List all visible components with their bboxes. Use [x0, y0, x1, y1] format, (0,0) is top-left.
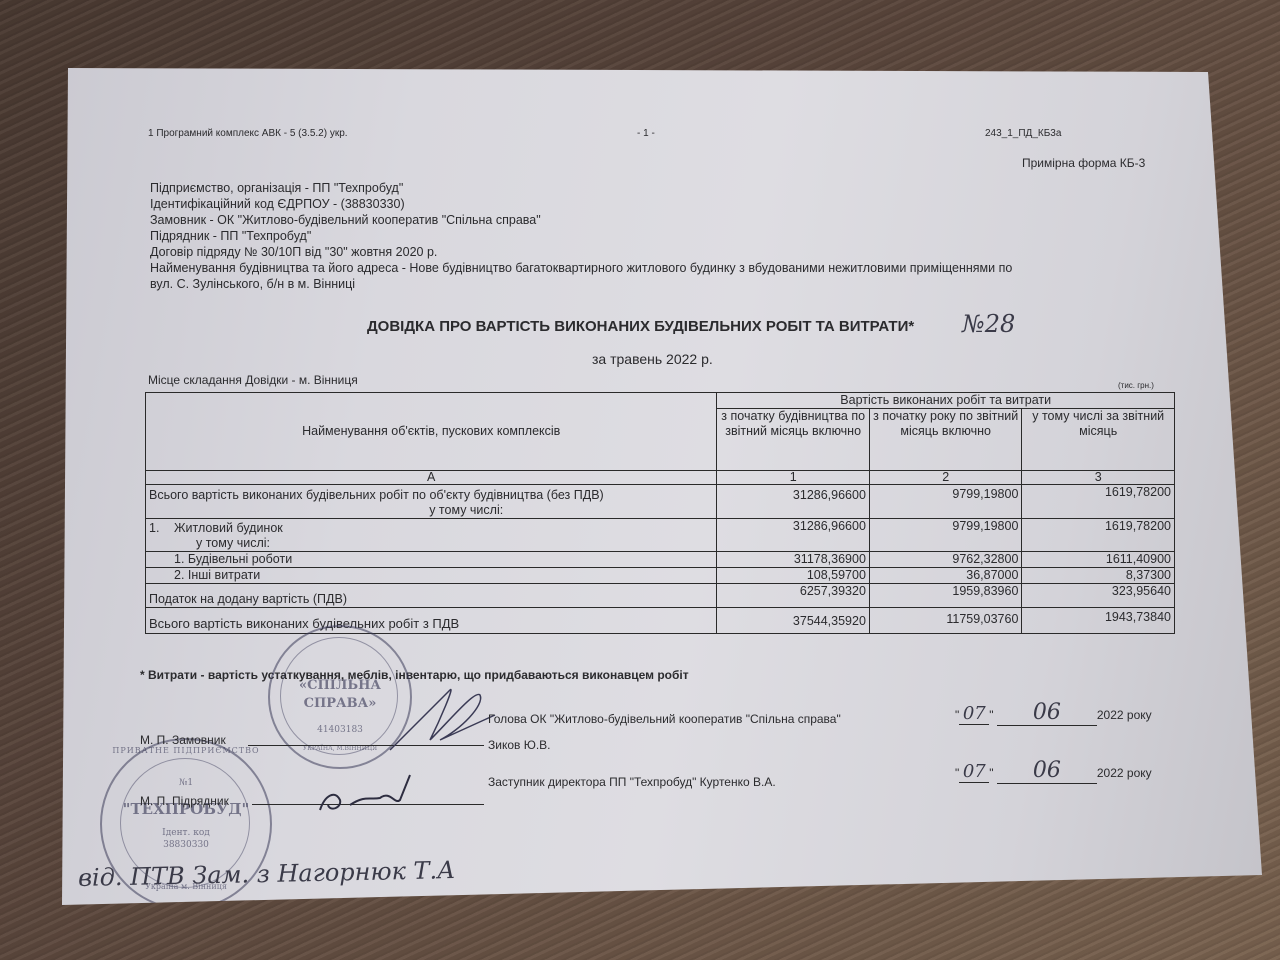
cost-table: Найменування об'єктів, пускових комплекс… — [145, 392, 1175, 634]
value-col2: 11759,03760 — [869, 608, 1022, 634]
value-col3: 8,37300 — [1022, 568, 1175, 584]
row-label: Податок на додану вартість (ПДВ) — [146, 584, 717, 608]
construction-line-1: Найменування будівництва та його адреса … — [150, 261, 1012, 276]
contractor-stamp-number: №1 — [102, 778, 270, 788]
customer-date: "07" 062022 року — [955, 700, 1152, 726]
value-col1: 31286,96600 — [717, 519, 870, 552]
value-col1: 108,59700 — [717, 568, 870, 584]
edrpou-line: Ідентифікаційний код ЄДРПОУ - (38830330) — [150, 197, 405, 212]
units-label: (тис. грн.) — [1118, 381, 1154, 390]
contract-line: Договір підряду № 30/10П від "30" жовтня… — [150, 245, 437, 260]
handwritten-number: №28 — [962, 310, 1015, 338]
table-row: 1.Житловий будинок у тому числі: 31286,9… — [146, 519, 1175, 552]
report-period: за травень 2022 р. — [592, 351, 713, 367]
table-row: Всього вартість виконаних будівельних ро… — [146, 608, 1175, 634]
value-col2: 9762,32800 — [869, 552, 1022, 568]
column-header-1: з початку будівництва по звітний місяць … — [717, 409, 870, 471]
contractor-signature — [310, 770, 420, 830]
index-cell-2: 2 — [869, 471, 1022, 485]
value-col2: 1959,83960 — [869, 584, 1022, 608]
row-label: 2. Інші витрати — [146, 568, 717, 584]
contractor-date-year: 2022 року — [1097, 766, 1152, 780]
row-sublabel: у тому числі: — [149, 503, 713, 518]
table-row: Податок на додану вартість (ПДВ) 6257,39… — [146, 584, 1175, 608]
value-col3: 1619,78200 — [1022, 485, 1175, 519]
row-sublabel: у тому числі: — [149, 536, 713, 551]
compilation-place: Місце складання Довідки - м. Вінниця — [148, 373, 358, 387]
row-label: Всього вартість виконаних будівельних ро… — [146, 608, 717, 634]
column-header-2: з початку року по звітний місяць включно — [869, 409, 1022, 471]
customer-title: Голова ОК "Житлово-будівельний кооперати… — [488, 712, 841, 726]
table-row: 1. Будівельні роботи 31178,36900 9762,32… — [146, 552, 1175, 568]
customer-signature — [380, 680, 500, 760]
software-label: 1 Програмний комплекс АВК - 5 (3.5.2) ук… — [148, 128, 348, 139]
document-code: 243_1_ПД_КБ3а — [985, 128, 1061, 139]
index-cell-a: А — [146, 471, 717, 485]
customer-date-month: 06 — [997, 700, 1097, 726]
value-col1: 6257,39320 — [717, 584, 870, 608]
value-col3: 323,95640 — [1022, 584, 1175, 608]
column-header-name: Найменування об'єктів, пускових комплекс… — [146, 393, 717, 471]
value-col3: 1943,73840 — [1022, 608, 1175, 634]
row-number: 1. — [149, 521, 174, 536]
column-group-header: Вартість виконаних робіт та витрати — [717, 393, 1175, 409]
row-label: 1. Будівельні роботи — [146, 552, 717, 568]
contractor-stamp-code-label: Ідент. код — [102, 828, 270, 838]
index-cell-3: 3 — [1022, 471, 1175, 485]
enterprise-line: Підприємство, організація - ПП "Техпробу… — [150, 181, 403, 196]
value-col3: 1619,78200 — [1022, 519, 1175, 552]
customer-date-day: 07 — [959, 703, 989, 725]
value-col3: 1611,40900 — [1022, 552, 1175, 568]
value-col1: 31178,36900 — [717, 552, 870, 568]
contractor-seal-label: М. П. Підрядник — [140, 794, 229, 808]
contractor-stamp-code: 38830330 — [102, 840, 270, 850]
row-label: Всього вартість виконаних будівельних ро… — [149, 488, 713, 503]
column-header-3: у тому числі за звітний місяць — [1022, 409, 1175, 471]
customer-seal-label: М. П. Замовник — [140, 733, 226, 747]
value-col1: 31286,96600 — [717, 485, 870, 519]
page-number: - 1 - — [637, 128, 655, 139]
contractor-date-day: 07 — [959, 761, 989, 783]
value-col1: 37544,35920 — [717, 608, 870, 634]
contractor-stamp-ring-top: ПРИВАТНЕ ПІДПРИЄМСТВО — [102, 746, 270, 755]
customer-line: Замовник - ОК "Житлово-будівельний коопе… — [150, 213, 541, 228]
value-col2: 9799,19800 — [869, 485, 1022, 519]
contractor-date-month: 06 — [997, 758, 1097, 784]
customer-name: Зиков Ю.В. — [488, 738, 551, 752]
contractor-date: "07" 062022 року — [955, 758, 1152, 784]
index-cell-1: 1 — [717, 471, 870, 485]
document-sheet: 1 Програмний комплекс АВК - 5 (3.5.2) ук… — [0, 0, 1280, 960]
value-col2: 9799,19800 — [869, 519, 1022, 552]
row-label: Житловий будинок — [174, 521, 283, 535]
construction-line-2: вул. С. Зулінського, б/н в м. Вінниці — [150, 277, 355, 292]
document-title: ДОВІДКА ПРО ВАРТІСТЬ ВИКОНАНИХ БУДІВЕЛЬН… — [367, 318, 914, 335]
table-row: 2. Інші витрати 108,59700 36,87000 8,373… — [146, 568, 1175, 584]
contractor-line: Підрядник - ПП "Техпробуд" — [150, 229, 311, 244]
value-col2: 36,87000 — [869, 568, 1022, 584]
customer-date-year: 2022 року — [1097, 708, 1152, 722]
contractor-title: Заступник директора ПП "Техпробуд" Курте… — [488, 775, 776, 789]
table-row: Всього вартість виконаних будівельних ро… — [146, 485, 1175, 519]
form-name: Примірна форма КБ-3 — [1022, 156, 1145, 170]
